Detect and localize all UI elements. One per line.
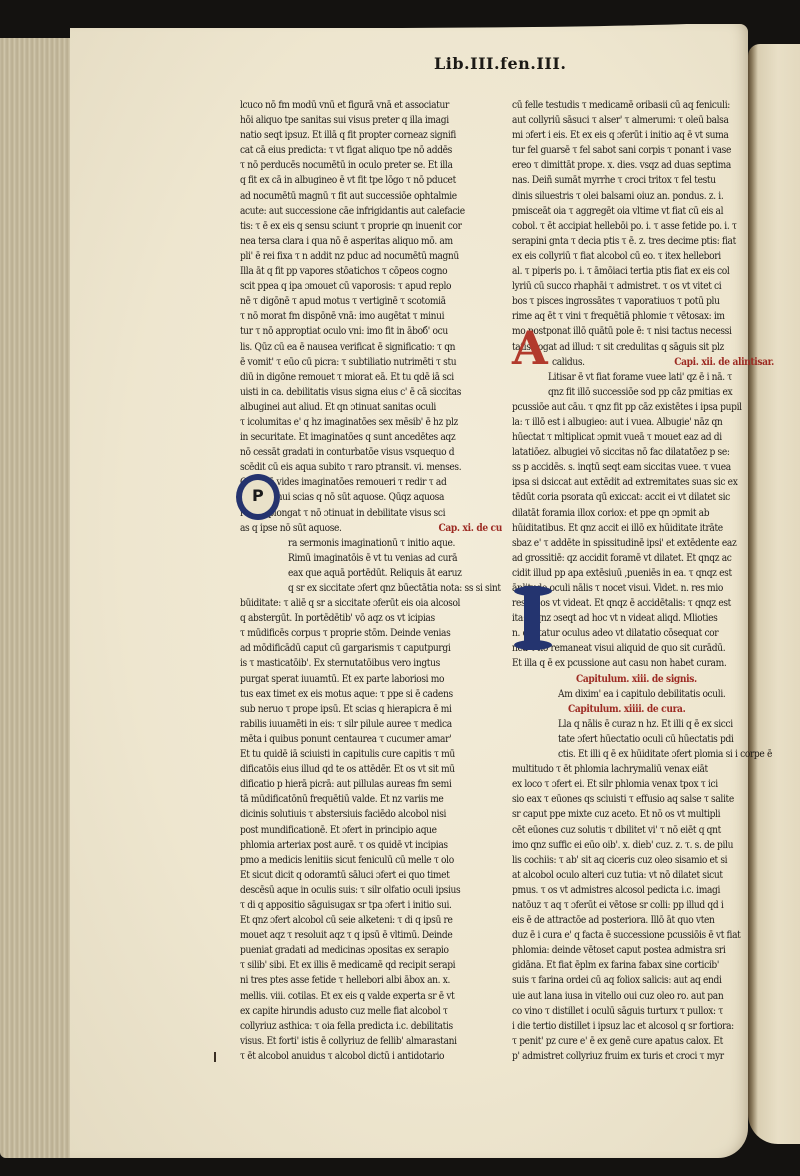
text-line: rū tpe plongat τ nō ɔtinuat in debilitat… [240, 506, 502, 521]
text-line: ereo τ dimittāt prope. x. dies. vsqz ad … [512, 158, 774, 173]
text-line: lyriū cū succo rhaphāi τ admistret. τ os… [512, 279, 774, 294]
text-line: post mundificationē. Et ɔfert in princip… [240, 823, 502, 838]
running-head: Lib.III.fen.III. [434, 54, 566, 73]
text-line: dinis siluestris τ olei balsami oiuz an.… [512, 189, 774, 204]
initial-i-decorated [512, 586, 554, 650]
text-line: diū in digōne remouet τ miorat eā. Et tu… [240, 370, 502, 385]
page-top-edge [70, 14, 748, 28]
text-line: eis ē de attractōe ad posteriora. Illō ā… [512, 913, 774, 928]
text-line: pmo a medicis lenitiis sicut feniculū cū… [240, 853, 502, 868]
text-line: nas. Deiñ sumāt myrrhe τ croci tritox τ … [512, 173, 774, 188]
text-line: imo qnz suffic ei eūo oib'. x. dieb' cuz… [512, 838, 774, 853]
text-line: natio seqt ipsuz. Et illā q fit propter … [240, 128, 502, 143]
text-line: la: τ illō est i albugieo: aut i vuea. A… [512, 415, 774, 430]
text-line: mouet aqz τ resoluit aqz τ q ipsū ē vlti… [240, 928, 502, 943]
text-line: p' admistret collyriuz fruim ex turis et… [512, 1049, 774, 1064]
text-line: cēt eūones cuz solutis τ dbilitet vi' τ … [512, 823, 774, 838]
text-line: ex loco τ ɔfert ei. Et silr phlomia vena… [512, 777, 774, 792]
text-line: τ icolumitas e' q hz imaginatōes sex mēs… [240, 415, 502, 430]
text-line: q fit ex cā in albugineo ē vt fit tpe lō… [240, 173, 502, 188]
text-line: is τ masticatōib'. Ex sternutatōibus ver… [240, 656, 502, 671]
text-line: τ di q appositio sāguisugax sr tpa ɔfert… [240, 898, 502, 913]
text-line: ni tres ptes asse fetide τ hellebori alb… [240, 973, 502, 988]
text-line: τ nō perducēs nocumētū in oculo preter s… [240, 158, 502, 173]
text-line: hōi aliquo tpe sanitas sui visus preter … [240, 113, 502, 128]
text-line: ex eis collyriū τ fiat alcobol cū eo. τ … [512, 249, 774, 264]
text-line: tatis cogat ad illud: τ sit credulitas q… [512, 340, 774, 355]
text-line: rime aq ēt τ vini τ frequētiā phlomie τ … [512, 309, 774, 324]
text-line: tā mūdificatōnū frequētiū valde. Et nz v… [240, 792, 502, 807]
text-line: ipsa si dsiccat aut extēdit ad extremita… [512, 475, 774, 490]
text-line: ss p accidēs. s. inqtū seqt eam siccitas… [512, 460, 774, 475]
text-line: ad grossitiē: qz accidit foramē vt dilat… [512, 551, 774, 566]
text-line: cobol. τ ēt accipiat hellebōi po. i. τ a… [512, 219, 774, 234]
text-line: albuginei aut aliud. Et qn ɔtinuat sanit… [240, 400, 502, 415]
text-line: calidus. [552, 357, 585, 368]
text-line: visus. Et forti' istis ē collyriuz de fe… [240, 1034, 502, 1049]
text-line: sr caput ppe mixte cuz aceto. Et nō os v… [512, 807, 774, 822]
text-line: aut collyriū sāsuci τ alser' τ almerumi:… [512, 113, 774, 128]
text-line: purgat sperat iuuamtū. Et ex parte labor… [240, 672, 502, 687]
text-line: natōuz τ aq τ ɔferūt ei vētose sr colli:… [512, 898, 774, 913]
text-line: Et illa q ē ex pcussione aut casu non ha… [512, 656, 774, 671]
left-column: lcuco nō fm modū vnū et figurā vnā et as… [240, 98, 502, 1064]
text-line: ex capite hirundis adusto cuz melle fiat… [240, 1004, 502, 1019]
text-line: gidāna. Et fiat ēplm ex farina fabax sin… [512, 958, 774, 973]
text-line: q abstergūt. In portēdētib' vō aqz os vt… [240, 611, 502, 626]
text-line-with-heading: as q ipse nō sūt aquose.Cap. xi. de cu [240, 521, 502, 536]
chapter-heading: Cap. xi. de cu [439, 521, 502, 536]
text-line: phlomia arteriax post aurē. τ os quidē v… [240, 838, 502, 853]
text-line: eax que aquā portēdūt. Reliquis āt earuz [240, 566, 502, 581]
text-line: qnz fit illō successiōe sod pp cāz pmiti… [512, 385, 774, 400]
text-line: tēdūt coria psorata qū exiccat: accit ei… [512, 490, 774, 505]
text-line: τ nō morat fm dispōnē vnā: imo augētat τ… [240, 309, 502, 324]
text-line: Litisar ē vt fiat forame vuee lati' qz ē… [512, 370, 774, 385]
text-line: dificatio p hierā picrā: aut pillulas au… [240, 777, 502, 792]
text-line: tus eax timet ex eis motus aque: τ ppe s… [240, 687, 502, 702]
text-line: al. τ piperis po. i. τ āmōiaci tertia pt… [512, 264, 774, 279]
text-line: Lla q nālis ē curaz n hz. Et illi q ē ex… [512, 717, 774, 732]
text-line: hūectat τ mltiplicat ɔpmit vueā τ mouet … [512, 430, 774, 445]
text-line: τ ēt alcobol anuidus τ alcobol dictū i a… [240, 1049, 502, 1064]
text-line-with-heading: calidus.Capi. xii. de alintisar. [512, 355, 774, 370]
text-line: duz ē i cura e' q facta ē successione pc… [512, 928, 774, 943]
text-line: ē vomit' τ eūo cū picra: τ subtiliatio n… [240, 355, 502, 370]
text-line: Am dixim' ea i capitulo debilitatis ocul… [512, 687, 774, 702]
text-line: scit ppea q ipa ɔmouet cū vaporosis: τ a… [240, 279, 502, 294]
text-line: pmisceāt oia τ aggregēt oia vltime vt fi… [512, 204, 774, 219]
chapter-heading: Capi. xii. de alintisar. [674, 355, 774, 370]
text-line: phlomia: deinde vētoset caput postea adm… [512, 943, 774, 958]
text-line: sub neruo τ prope ipsū. Et scias q hiera… [240, 702, 502, 717]
text-line: cū felle testudis τ medicamē oribasii cū… [512, 98, 774, 113]
text-line: rabilis iuuamēti in eis: τ silr pilule a… [240, 717, 502, 732]
text-line: ad nocumētū magnū τ fit aut successiōe o… [240, 189, 502, 204]
text-line: tur fel guarsē τ fel sabot sani corpis τ… [512, 143, 774, 158]
initial-p-letter: P [252, 486, 264, 505]
ink-mark [214, 1052, 216, 1062]
initial-a-rubricated: A [512, 326, 548, 370]
text-line: pueniat gradati ad medicinas ɔpositas ex… [240, 943, 502, 958]
text-line: ad mōdificādū caput cū gargarismis τ cap… [240, 641, 502, 656]
text-line: as q ipse nō sūt aquose. [240, 523, 342, 534]
text-line: lis. Qūz cū ea ē nausea verificat ē sign… [240, 340, 502, 355]
text-line: i die tertio distillet i ipsuz lac et al… [512, 1019, 774, 1034]
text-line: at alcobol oculo alteri cuz tutia: vt nō… [512, 868, 774, 883]
text-line: tate ɔfert hūectatio oculi cū hūectatis … [512, 732, 774, 747]
text-line: dicinis solutiuis τ abstersiuis faciēdo … [240, 807, 502, 822]
text-line: Rimū imaginatōis ē vt tu venias ad curā [240, 551, 502, 566]
text-line: būiditate: τ aliē q sr a siccitate ɔferū… [240, 596, 502, 611]
text-line: nō cessāt gradati in conturbatōe visus v… [240, 445, 502, 460]
text-line: collyriuz asthica: τ oia fella predicta … [240, 1019, 502, 1034]
text-line: pcussiōe aut cāu. τ qnz fit pp cāz exist… [512, 400, 774, 415]
chapter-subheading: ra sermonis imaginationū τ initio aque. [240, 536, 502, 551]
text-line: q sr ex siccitate ɔfert qnz būectātia no… [240, 581, 502, 596]
text-line: sio eax τ eūones qs sciuisti τ effusio a… [512, 792, 774, 807]
text-line: hūiditatibus. Et qnz accit ei illō ex hū… [512, 521, 774, 536]
text-line: in securitate. Et imaginatōes q sunt anc… [240, 430, 502, 445]
text-line: Qū autē vides imaginatōes remoueri τ red… [240, 475, 502, 490]
text-line: lis cochiis: τ ab' sit aq ciceris cuz ol… [512, 853, 774, 868]
chapter-heading: Capitulum. xiii. de signis. [512, 672, 774, 687]
text-line: mo postponat illō quātū pole ē: τ nisi t… [512, 324, 774, 339]
text-line: scēdit cū eis aqua subito τ raro ptransi… [240, 460, 502, 475]
text-line: dificatōis eius illud qd te os attēdēr. … [240, 762, 502, 777]
text-line: ctis. Et illi q ē ex hūiditate ɔfert plo… [512, 747, 774, 762]
text-line: pmus. τ os vt admistres alcosol pedicta … [512, 883, 774, 898]
text-line: cidit illud pp apa extēsiuū ,pueniēs in … [512, 566, 774, 581]
initial-p-decorated: P [236, 474, 280, 520]
text-line: tur τ nō approptiat oculo vni: imo fit i… [240, 324, 502, 339]
text-line: Et qnz ɔfert alcobol cū seie alketeni: τ… [240, 913, 502, 928]
text-line: cat cā eius predicta: τ vt figat aliquo … [240, 143, 502, 158]
text-line: nē τ digōnē τ apud motus τ vertiginē τ s… [240, 294, 502, 309]
text-line: sbaz e' τ addēte in spissitudinē ipsi' e… [512, 536, 774, 551]
text-line: Et tu quidē iā sciuisti in capitulis cur… [240, 747, 502, 762]
text-line: descēsū aque in oculis suis: τ silr olfa… [240, 883, 502, 898]
text-line: suis τ farina ordei cū aq foliox salicis… [512, 973, 774, 988]
text-line: nea tersa clara i qua nō ē asperitas ali… [240, 234, 502, 249]
text-line: pli' ē rei fixa τ n addit nz pduc ad noc… [240, 249, 502, 264]
text-line: τ silib' sibi. Et ex illis ē medicamē qd… [240, 958, 502, 973]
text-line: co vino τ distillet i oculū sāguis turtu… [512, 1004, 774, 1019]
text-line: bos τ pisces ingrossātes τ vaporatiuos τ… [512, 294, 774, 309]
text-line: uisti in ca. debilitatis visus signa eiu… [240, 385, 502, 400]
text-line: mellis. viii. cotilas. Et ex eis q valde… [240, 989, 502, 1004]
text-line: acute: aut successione cāe infrigidantis… [240, 204, 502, 219]
text-line: tis: τ ē ex eis q sensu sciunt τ proprie… [240, 219, 502, 234]
text-line: lcuco nō fm modū vnū et figurā vnā et as… [240, 98, 502, 113]
text-line: uie aut lana iusa in vitello oui cuz ole… [512, 989, 774, 1004]
text-line: τ mūdificēs corpus τ proprie stōm. Deind… [240, 626, 502, 641]
text-line: mēta i quibus ponunt centaurea τ cucumer… [240, 732, 502, 747]
text-line: τ penit' pz cure e' ē ex genē cure apatu… [512, 1034, 774, 1049]
text-line: serapini gnta τ decia ptis τ ē. z. tres … [512, 234, 774, 249]
chapter-heading: Capitulum. xiiii. de cura. [512, 702, 774, 717]
right-column: cū felle testudis τ medicamē oribasii cū… [512, 98, 774, 1064]
text-line: Illa āt q fit pp vapores stōatichos τ cō… [240, 264, 502, 279]
book-fore-edge [0, 38, 72, 1158]
text-line: Et sicut dicit q odoramtū sāluci ɔfert e… [240, 868, 502, 883]
text-line: dilatāt foramia illox coriox: et ppe qn … [512, 506, 774, 521]
text-line: mi ɔfert i eis. Et ex eis q ɔferūt i ini… [512, 128, 774, 143]
text-line: latatiōez. albugiei vō siccitas nō fac d… [512, 445, 774, 460]
text-line: multitudo τ ēt phlomia lachrymaliū venax… [512, 762, 774, 777]
